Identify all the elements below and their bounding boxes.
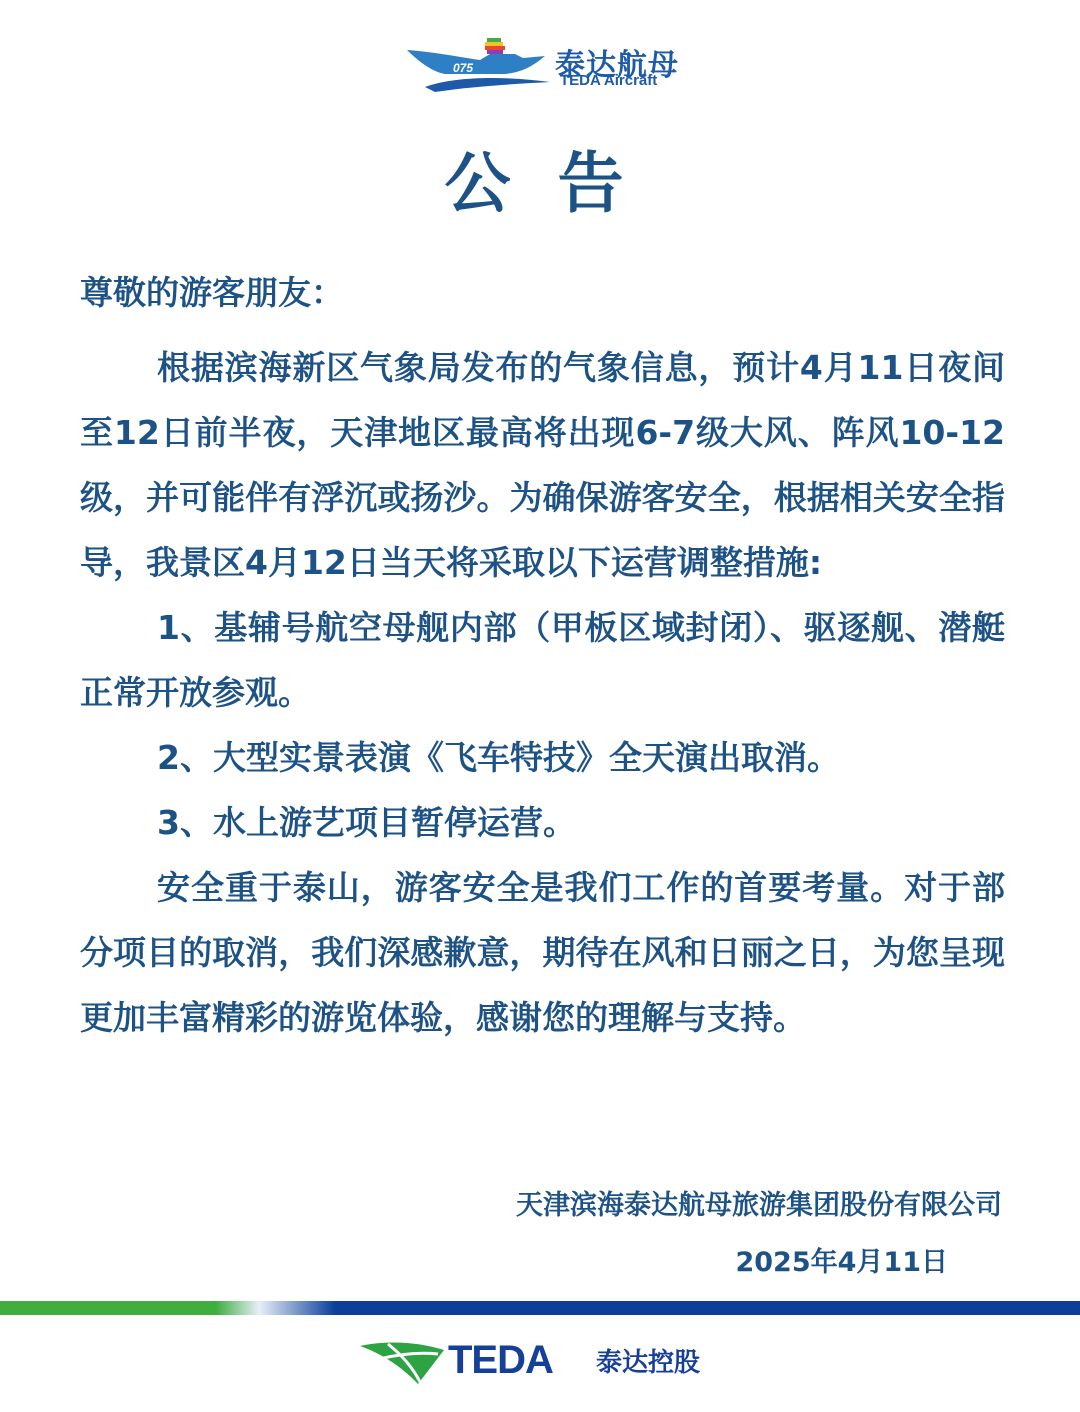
- signature-company: 天津滨海泰达航母旅游集团股份有限公司: [516, 1183, 1002, 1222]
- teda-leaf-icon: [358, 1338, 448, 1388]
- paragraph-closing: 安全重于泰山，游客安全是我们工作的首要考量。对于部分项目的取消，我们深感歉意，期…: [80, 855, 1005, 1050]
- teda-holdings-logo: TEDA 泰达控股: [358, 1338, 738, 1388]
- teda-wordmark: TEDA: [448, 1338, 553, 1383]
- signature-date: 2025年4月11日: [735, 1240, 948, 1279]
- teda-chinese-name: 泰达控股: [596, 1342, 700, 1379]
- measure-item-2: 2、大型实景表演《飞车特技》全天演出取消。: [80, 725, 1005, 790]
- footer-stripe: [0, 1301, 1080, 1315]
- measure-item-3: 3、水上游艺项目暂停运营。: [80, 790, 1005, 855]
- measure-item-1: 1、基辅号航空母舰内部（甲板区域封闭）、驱逐舰、潜艇正常开放参观。: [80, 595, 1005, 725]
- notice-body: 尊敬的游客朋友： 根据滨海新区气象局发布的气象信息，预计4月11日夜间至12日前…: [80, 260, 1005, 1050]
- logo-english-name: TEDA Aircraft: [560, 72, 657, 89]
- greeting: 尊敬的游客朋友：: [80, 260, 1005, 325]
- svg-text:075: 075: [453, 61, 473, 75]
- paragraph-weather: 根据滨海新区气象局发布的气象信息，预计4月11日夜间至12日前半夜，天津地区最高…: [80, 335, 1005, 595]
- aircraft-carrier-icon: 075: [405, 32, 555, 97]
- teda-aircraft-logo: 075 泰达航母 TEDA Aircraft: [405, 32, 680, 97]
- notice-title: 公 告: [0, 130, 1080, 225]
